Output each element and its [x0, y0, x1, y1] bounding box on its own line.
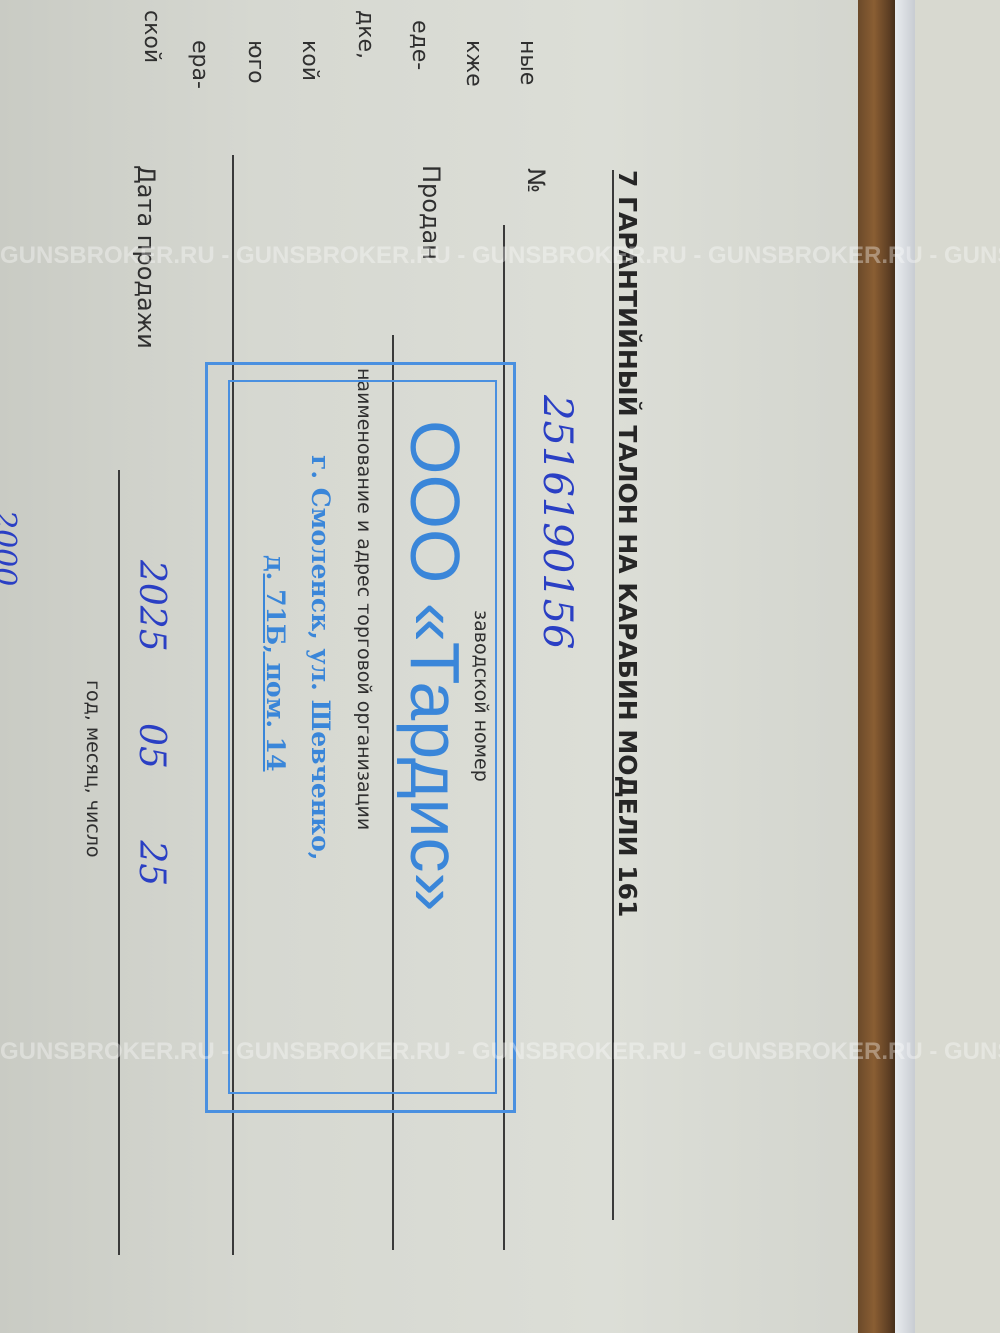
watermark: GUNSBROKER.RU - GUNSBROKER.RU - GUNSBROK…	[0, 1038, 1000, 1066]
prev-text-fragment: кже	[461, 40, 486, 87]
stamp-org-name: ООО «Тардис»	[395, 420, 475, 911]
facing-page	[915, 0, 1000, 1333]
prev-text-fragment: ные	[515, 40, 540, 85]
number-label: №	[522, 168, 550, 193]
watermark: GUNSBROKER.RU - GUNSBROKER.RU - GUNSBROK…	[0, 242, 1000, 270]
sale-date-caption: год, месяц, число	[82, 680, 104, 858]
page-title: 7 ГАРАНТИЙНЫЙ ТАЛОН НА КАРАБИН МОДЕЛИ 16…	[613, 170, 642, 917]
sale-date-handwritten: 2025 05 25	[131, 560, 172, 886]
serial-number-handwritten: 2516190156	[534, 395, 580, 650]
prev-text-fragment: ской	[139, 10, 164, 63]
margin-handwriting: 2000	[0, 510, 22, 586]
prev-text-fragment: юго	[243, 40, 268, 84]
stamp-address-line2: д. 71Б, пом. 14	[261, 555, 290, 772]
prev-text-fragment: еде-	[407, 20, 432, 70]
prev-text-fragment: дке,	[353, 10, 378, 59]
prev-text-fragment: ера-	[187, 40, 212, 89]
page-edge	[895, 0, 915, 1333]
book-spine	[858, 0, 898, 1333]
sale-date-line	[118, 470, 120, 1255]
prev-text-fragment: кой	[297, 40, 322, 81]
stamp-address-line1: г. Смоленск, ул. Шевченко,	[306, 455, 335, 860]
